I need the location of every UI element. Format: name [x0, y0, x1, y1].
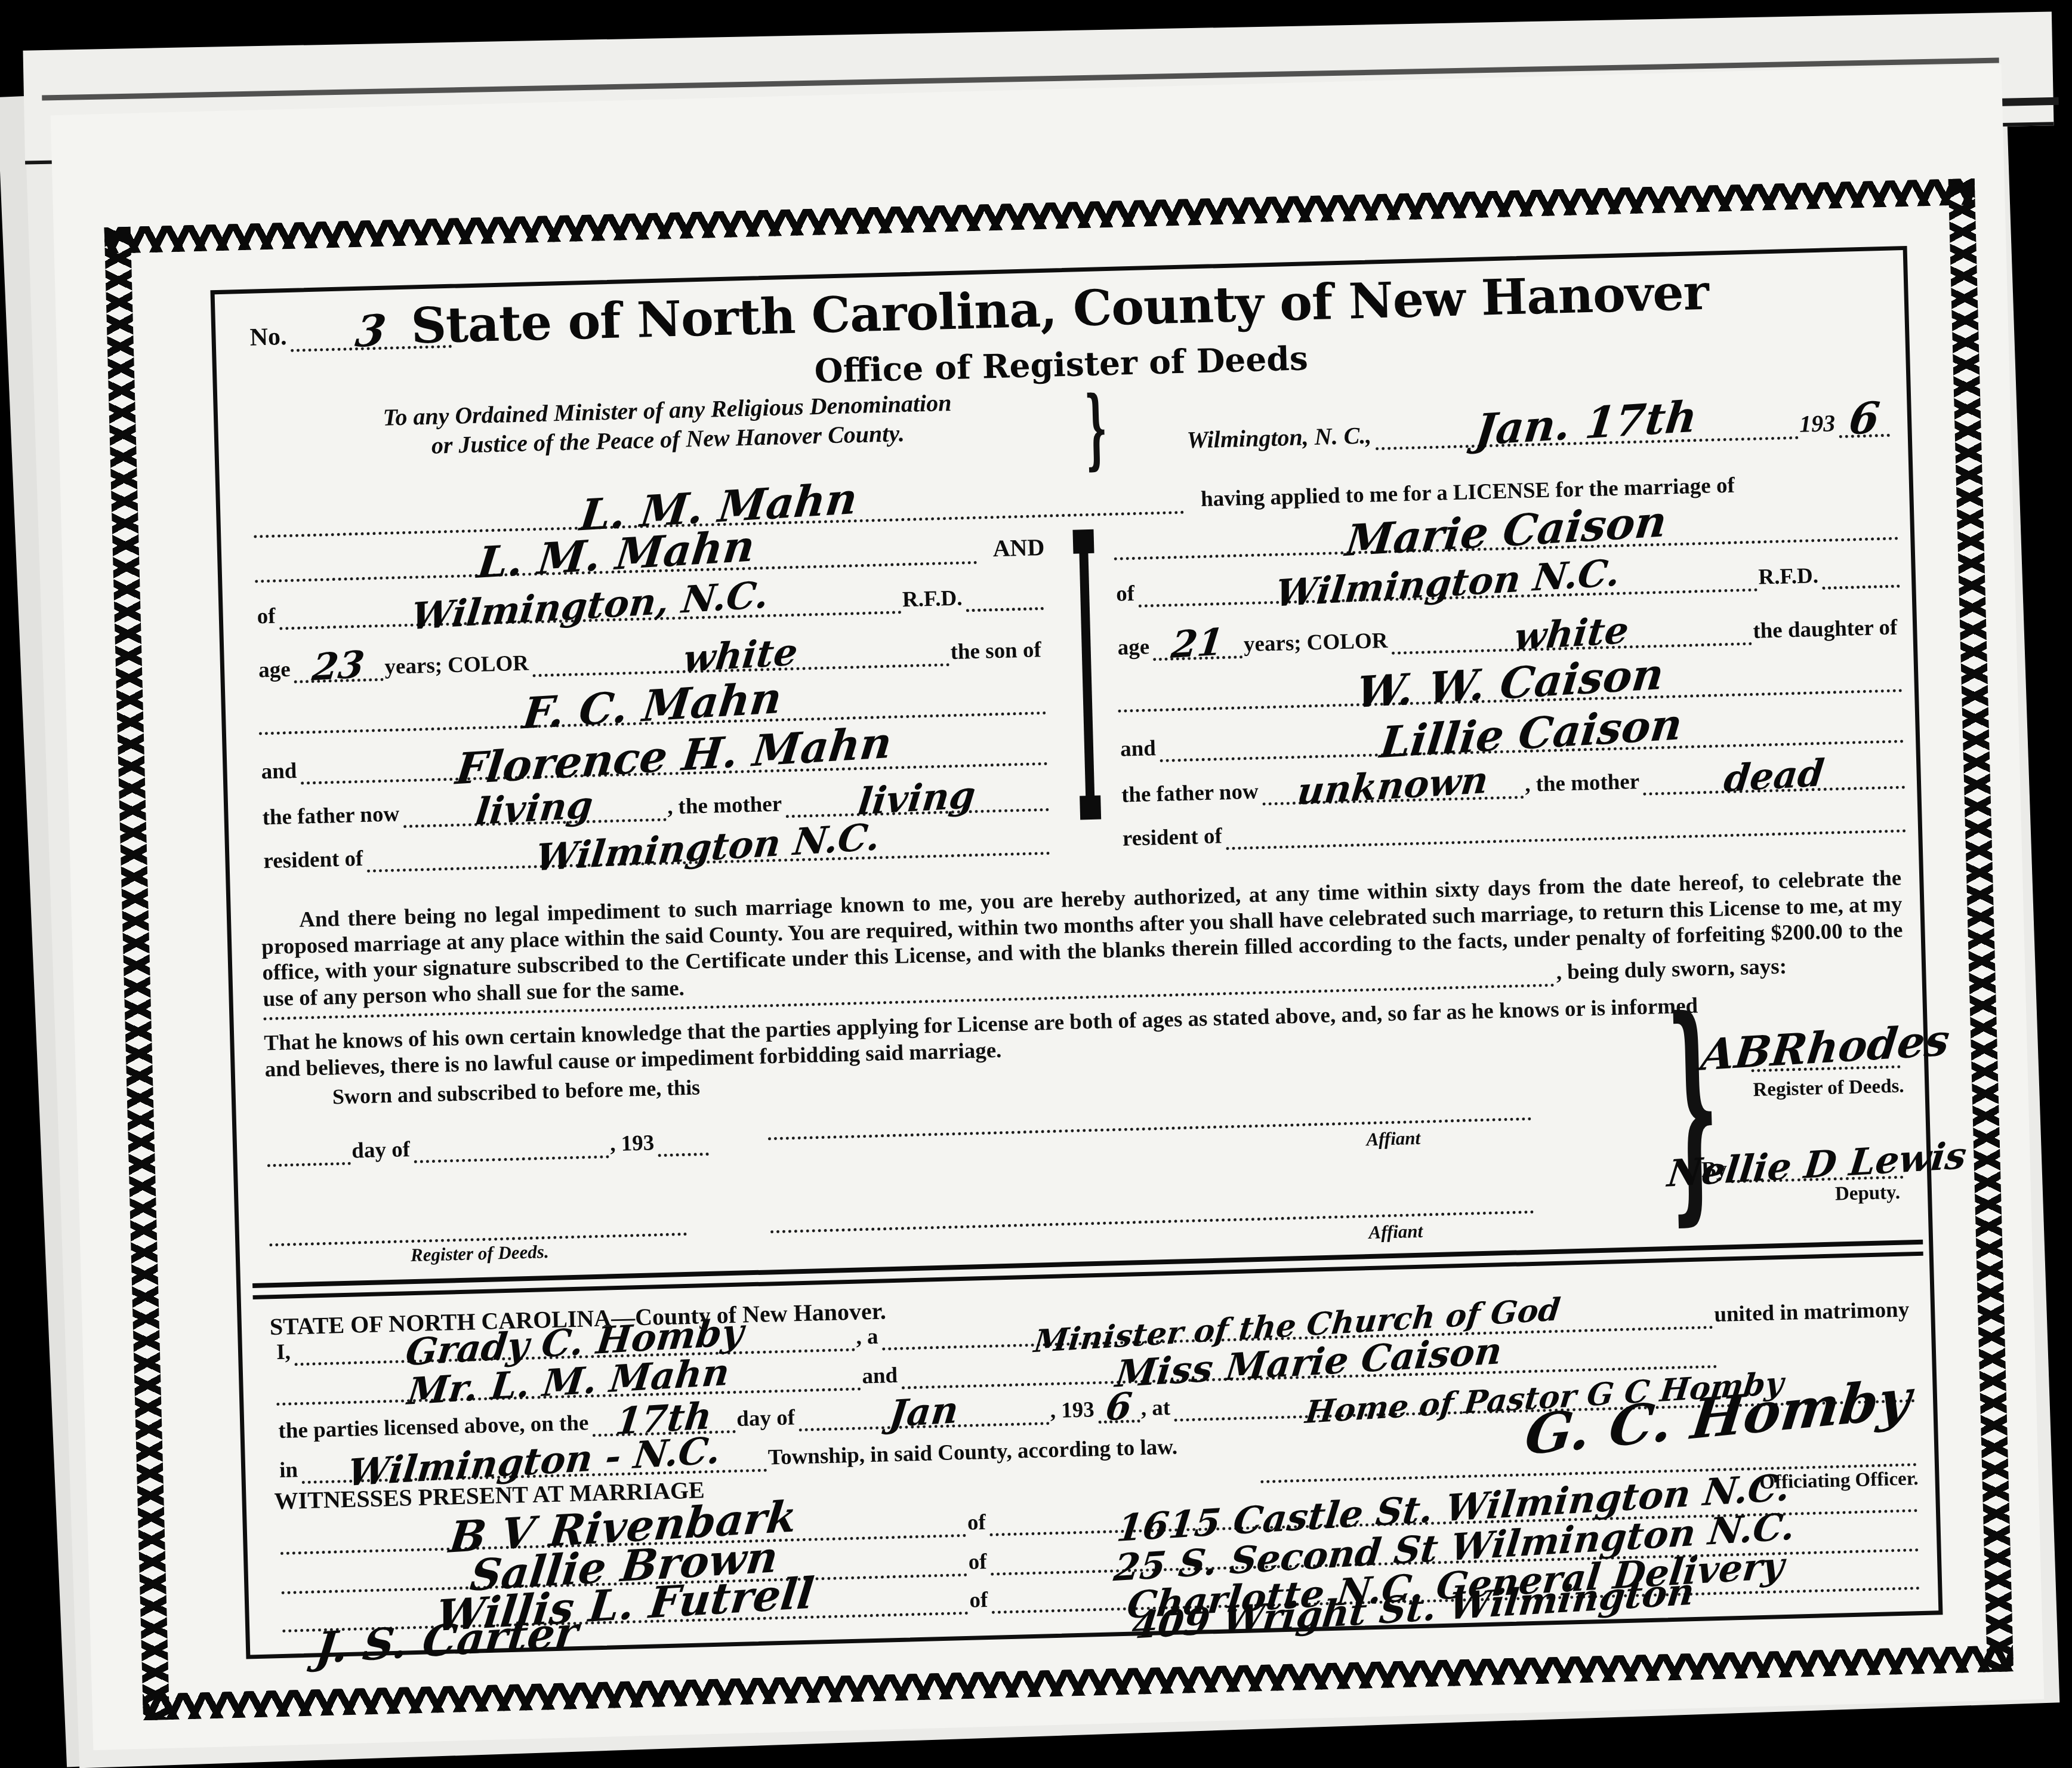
- register-signature: ABRhodes: [1699, 1021, 1951, 1074]
- sworn-day-line: [267, 1154, 350, 1168]
- groom-father-line: F. C. Mahn: [258, 703, 1046, 735]
- groom-father-status-line: living: [403, 810, 667, 828]
- number-value-handwritten: 3: [353, 311, 388, 352]
- groom-age-row: age 23 years; COLOR white the son of: [257, 628, 1045, 685]
- register-signature-row: ABRhodes: [1750, 1033, 1900, 1073]
- groom-color: white: [682, 636, 800, 676]
- of-label: of: [1115, 581, 1139, 608]
- inner-rule-frame: State of North Carolina, County of New H…: [210, 246, 1942, 1659]
- bride-name-row: Marie Caison: [1113, 504, 1898, 560]
- bride-age-line: 21: [1153, 647, 1242, 661]
- marriage-license-document: State of North Carolina, County of New H…: [51, 64, 2045, 1751]
- marriage-year: 6: [1104, 1390, 1134, 1425]
- date-line: Jan. 17th: [1375, 428, 1799, 451]
- i-label: I,: [275, 1339, 295, 1366]
- years-color-label: years; COLOR: [1242, 628, 1392, 659]
- place-date-row: Wilmington, N. C., Jan. 17th 193 6: [1185, 400, 1890, 455]
- resident-of-label: resident of: [1121, 823, 1226, 853]
- of-label: of: [255, 603, 279, 631]
- groom-rfd-line: [966, 599, 1044, 612]
- bride-residence-line: Wilmington N.C.: [1138, 580, 1757, 608]
- of-label: of: [968, 1587, 992, 1615]
- year-printed: 193: [1798, 409, 1839, 439]
- at-label: , at: [1139, 1395, 1174, 1422]
- father-now-label: the father now: [1120, 779, 1263, 809]
- bride-mother: Lillie Caison: [1379, 705, 1685, 762]
- register-signature-line: ABRhodes: [1751, 1057, 1900, 1073]
- groom-father: F. C. Mahn: [521, 679, 784, 733]
- bride-father-row: W. W. Caison: [1117, 656, 1903, 712]
- marriage-year-line: 6: [1098, 1411, 1140, 1424]
- bride-mother-status: dead: [1722, 756, 1826, 796]
- bride-father-status-line: unknown: [1262, 787, 1524, 805]
- bride-father-line: W. W. Caison: [1118, 680, 1903, 712]
- bride-rfd-line: [1822, 576, 1900, 589]
- groom-resident-line: Wilmington N.C.: [366, 843, 1050, 873]
- document-number-row: No. 3: [248, 312, 452, 353]
- bride-residence: Wilmington N.C.: [1274, 556, 1621, 611]
- of-label: of: [966, 1510, 989, 1537]
- sworn-month-line: [414, 1147, 609, 1163]
- comma-193-label: , 193: [1049, 1397, 1098, 1425]
- and-lc-label: and: [861, 1363, 902, 1391]
- place-label: Wilmington, N. C.,: [1185, 421, 1376, 455]
- ornamental-border-top: [104, 178, 1975, 254]
- rfd-label: R.F.D.: [901, 585, 966, 614]
- groom-mother-status: living: [856, 778, 977, 819]
- groom-father-status: living: [474, 788, 594, 829]
- marriage-month: Jan: [887, 1393, 960, 1431]
- mother-label: , the mother: [1524, 769, 1644, 799]
- groom-residence-line: Wilmington, N.C.: [279, 602, 902, 630]
- in-label: in: [278, 1457, 302, 1484]
- day-of-label: day of: [735, 1404, 799, 1433]
- number-label: No.: [248, 322, 291, 353]
- township-text: Township, in said County, according to l…: [766, 1434, 1181, 1471]
- groom-color-line: white: [532, 655, 949, 677]
- column-divider: [1079, 534, 1095, 815]
- sworn-date-row: day of , 193: [267, 1125, 709, 1167]
- and-label: AND: [977, 533, 1049, 564]
- bride-father-status: unknown: [1296, 763, 1490, 808]
- bride-resident-line: [1226, 821, 1906, 850]
- of-label: of: [967, 1549, 991, 1576]
- sworn-before-text: Sworn and subscribed to before me, this: [331, 1074, 704, 1110]
- deputy-label: Deputy.: [1701, 1182, 1904, 1211]
- father-now-label: the father now: [261, 801, 403, 831]
- son-of-label: the son of: [949, 637, 1045, 666]
- resident-of-label: resident of: [262, 846, 367, 876]
- witness-name: J. S. Carter: [314, 1613, 580, 1668]
- groom-resident: Wilmington N.C.: [534, 820, 882, 874]
- bride-mother-status-line: dead: [1643, 777, 1905, 795]
- groom-father-row: F. C. Mahn: [258, 679, 1046, 735]
- comma-a-label: , a: [855, 1324, 882, 1351]
- groom-residence-row: of Wilmington, N.C. R.F.D.: [255, 574, 1044, 631]
- comma-193-label: , 193: [609, 1130, 658, 1158]
- united-text: united in matrimony: [1713, 1296, 1913, 1329]
- bride-residence-row: of Wilmington N.C. R.F.D.: [1114, 552, 1900, 608]
- ornamental-border-left: [104, 227, 169, 1720]
- years-color-label: years; COLOR: [383, 650, 533, 681]
- groom-mother: Florence H. Mahn: [454, 723, 893, 788]
- bride-color: white: [1513, 614, 1630, 654]
- and-lc-label: and: [1119, 735, 1160, 763]
- bride-age: 21: [1170, 626, 1225, 662]
- groom-age-line: 23: [294, 670, 384, 683]
- deputy-signature-row: By Nellie D Lewis: [1700, 1143, 1903, 1184]
- affiant-label-1: Affiant: [1365, 1128, 1424, 1152]
- groom-mother-status-line: living: [785, 800, 1049, 818]
- age-label: age: [257, 657, 295, 685]
- mother-label: , the mother: [666, 791, 786, 821]
- bride-age-row: age 21 years; COLOR white the daughter o…: [1116, 605, 1901, 661]
- year-line: 6: [1839, 426, 1889, 438]
- date-handwritten: Jan. 17th: [1473, 398, 1699, 450]
- groom-name: L. M. Mahn: [475, 527, 756, 583]
- bride-color-line: white: [1392, 634, 1752, 655]
- sworn-year-line: [658, 1144, 708, 1157]
- year-handwritten: 6: [1847, 398, 1882, 439]
- parties-block: L. M. Mahn AND of Wilmington, N.C. R.F.D…: [254, 489, 1906, 878]
- age-label: age: [1116, 634, 1154, 662]
- groom-residence: Wilmington, N.C.: [409, 578, 770, 633]
- and-lc-label: and: [260, 758, 301, 786]
- groom-age: 23: [311, 648, 366, 684]
- register-of-deeds-label: Register of Deeds.: [1752, 1076, 1901, 1103]
- addressee-brace: }: [1084, 377, 1109, 479]
- affiant-label-2: Affiant: [1367, 1221, 1427, 1245]
- daughter-of-label: the daughter of: [1752, 614, 1901, 645]
- deputy-signature-line: Nellie D Lewis: [1731, 1168, 1903, 1184]
- rfd-label: R.F.D.: [1757, 563, 1823, 592]
- marriage-month-line: Jan: [798, 1413, 1049, 1431]
- groom-name-row: L. M. Mahn AND: [254, 526, 1049, 583]
- day-of-label: day of: [350, 1136, 414, 1165]
- ornamental-border-right: [1948, 178, 2014, 1672]
